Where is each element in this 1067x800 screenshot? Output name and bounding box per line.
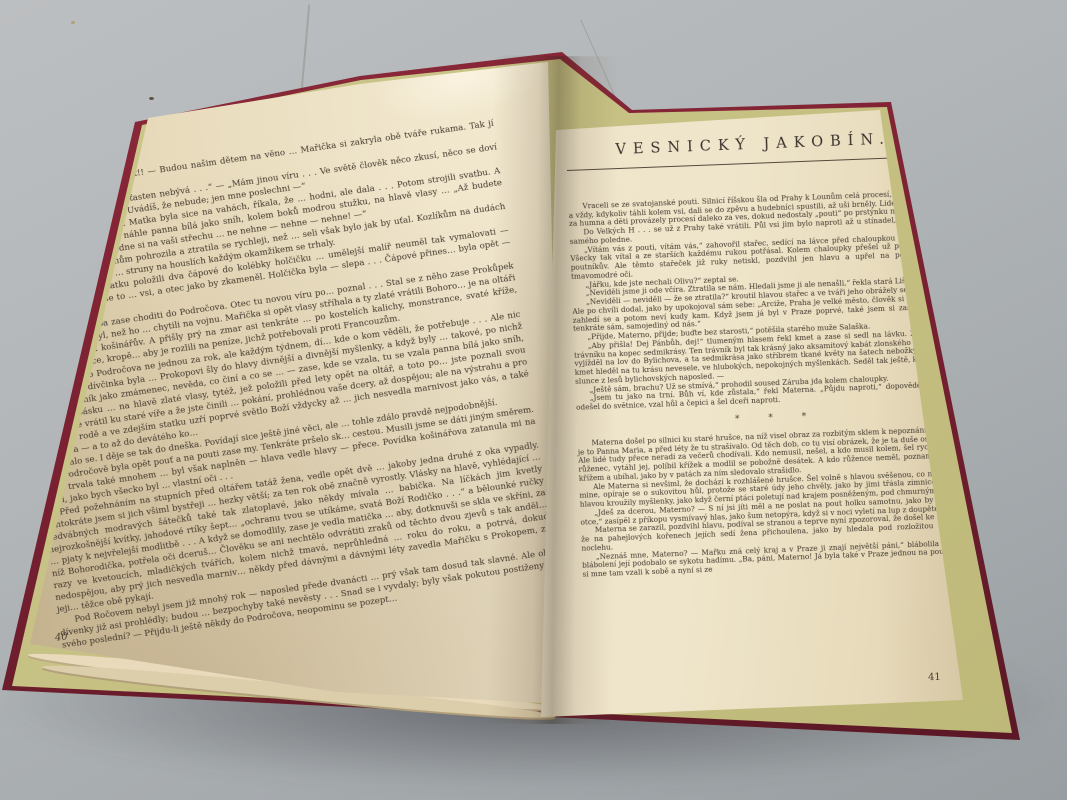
page-number: 40 — [54, 631, 68, 643]
photo-of-open-book: { "colors": { "surface_gray": "#aab0b3",… — [0, 0, 1067, 800]
surface-speck — [71, 21, 75, 24]
surface-speck — [149, 97, 154, 100]
page-number: 41 — [928, 672, 941, 683]
